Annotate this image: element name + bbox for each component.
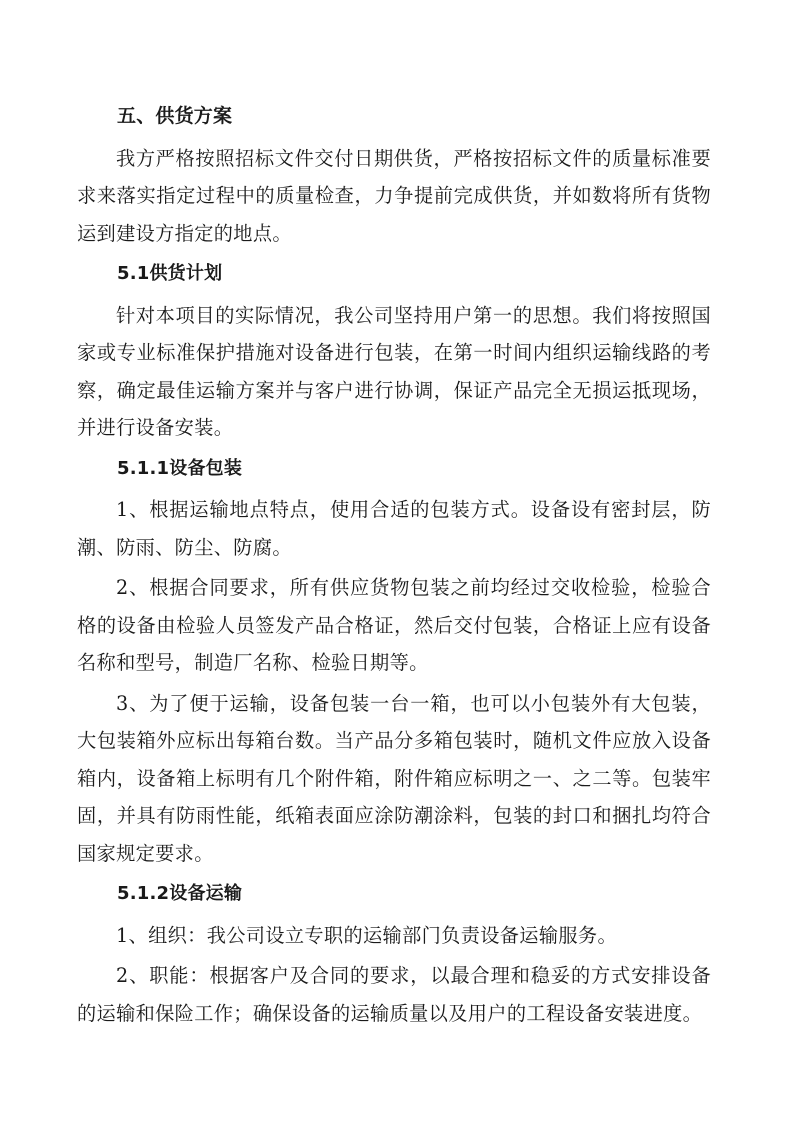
paragraph-supply-plan: 针对本项目的实际情况，我公司坚持用户第一的思想。我们将按照国家或专业标准保护措施…	[77, 297, 711, 447]
paragraph-transport-2: 2、职能：根据客户及合同的要求，以最合理和稳妥的方式安排设备的运输和保险工作；确…	[77, 957, 711, 1032]
document-page: 五、供货方案 我方严格按照招标文件交付日期供货，严格按招标文件的质量标准要求来落…	[77, 98, 711, 1035]
subsection-heading-5-1-2: 5.1.2设备运输	[77, 875, 711, 913]
paragraph-transport-1: 1、组织：我公司设立专职的运输部门负责设备运输服务。	[77, 917, 711, 955]
subsection-heading-5-1: 5.1供货计划	[77, 255, 711, 293]
paragraph-packaging-3: 3、为了便于运输，设备包装一台一箱，也可以小包装外有大包装，大包装箱外应标出每箱…	[77, 685, 711, 873]
section-heading-supply-plan: 五、供货方案	[77, 98, 711, 136]
subsection-heading-5-1-1: 5.1.1设备包装	[77, 450, 711, 488]
paragraph-packaging-2: 2、根据合同要求，所有供应货物包装之前均经过交收检验，检验合格的设备由检验人员签…	[77, 569, 711, 682]
paragraph-intro: 我方严格按照招标文件交付日期供货，严格按招标文件的质量标准要求来落实指定过程中的…	[77, 140, 711, 253]
paragraph-packaging-1: 1、根据运输地点特点，使用合适的包装方式。设备设有密封层，防潮、防雨、防尘、防腐…	[77, 491, 711, 566]
